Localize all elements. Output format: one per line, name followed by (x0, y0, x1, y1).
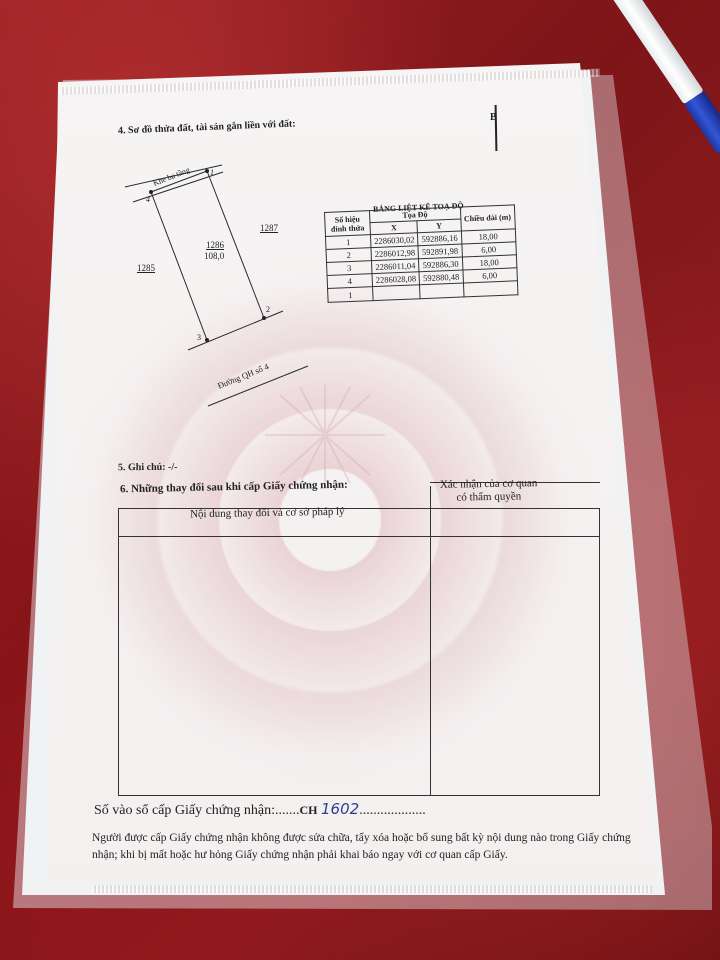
vertex-label: 3 (197, 333, 201, 342)
registration-prefix: CH (300, 803, 318, 817)
changes-column-confirmation: Xác nhận của cơ quan có thẩm quyền (440, 477, 538, 505)
section-5-note: 5. Ghi chú: -/- (118, 462, 178, 474)
cell-x (373, 285, 421, 301)
vertex-label: 2 (266, 305, 270, 314)
neighbor-parcel-right: 1287 (260, 223, 278, 233)
parcel-area: 108,0 (204, 251, 224, 261)
confirmation-line-1: Xác nhận của cơ quan (440, 477, 538, 492)
cell-y (420, 283, 464, 299)
table-border (118, 508, 600, 796)
vertex-label: 4 (146, 195, 150, 204)
vertex-label: 1 (210, 168, 214, 177)
cell-vertex: 1 (328, 287, 374, 303)
table-border (430, 486, 431, 796)
registration-number-handwritten: 1602 (321, 800, 359, 818)
changes-table (118, 478, 600, 796)
coordinate-table: Số hiệu đỉnh thửa Tọa Độ Chiều dài (m) X… (324, 204, 518, 303)
cell-length (463, 281, 518, 297)
header-length: Chiều dài (m) (460, 205, 515, 231)
legal-notice: Người được cấp Giấy chứng nhận không đượ… (92, 830, 652, 864)
registration-trailer: ................... (359, 803, 426, 818)
confirmation-line-2: có thẩm quyền (440, 490, 538, 505)
neighbor-parcel-left: 1285 (137, 263, 155, 273)
header-vertex: Số hiệu đỉnh thửa (325, 211, 371, 237)
registration-label: Số vào sổ cấp Giấy chứng nhận:....... (94, 803, 300, 818)
parcel-number: 1286 (206, 240, 224, 250)
registration-number-line: Số vào sổ cấp Giấy chứng nhận:.......CH … (94, 800, 426, 819)
sleeve-seal-bottom (92, 885, 652, 893)
table-border (118, 536, 600, 537)
